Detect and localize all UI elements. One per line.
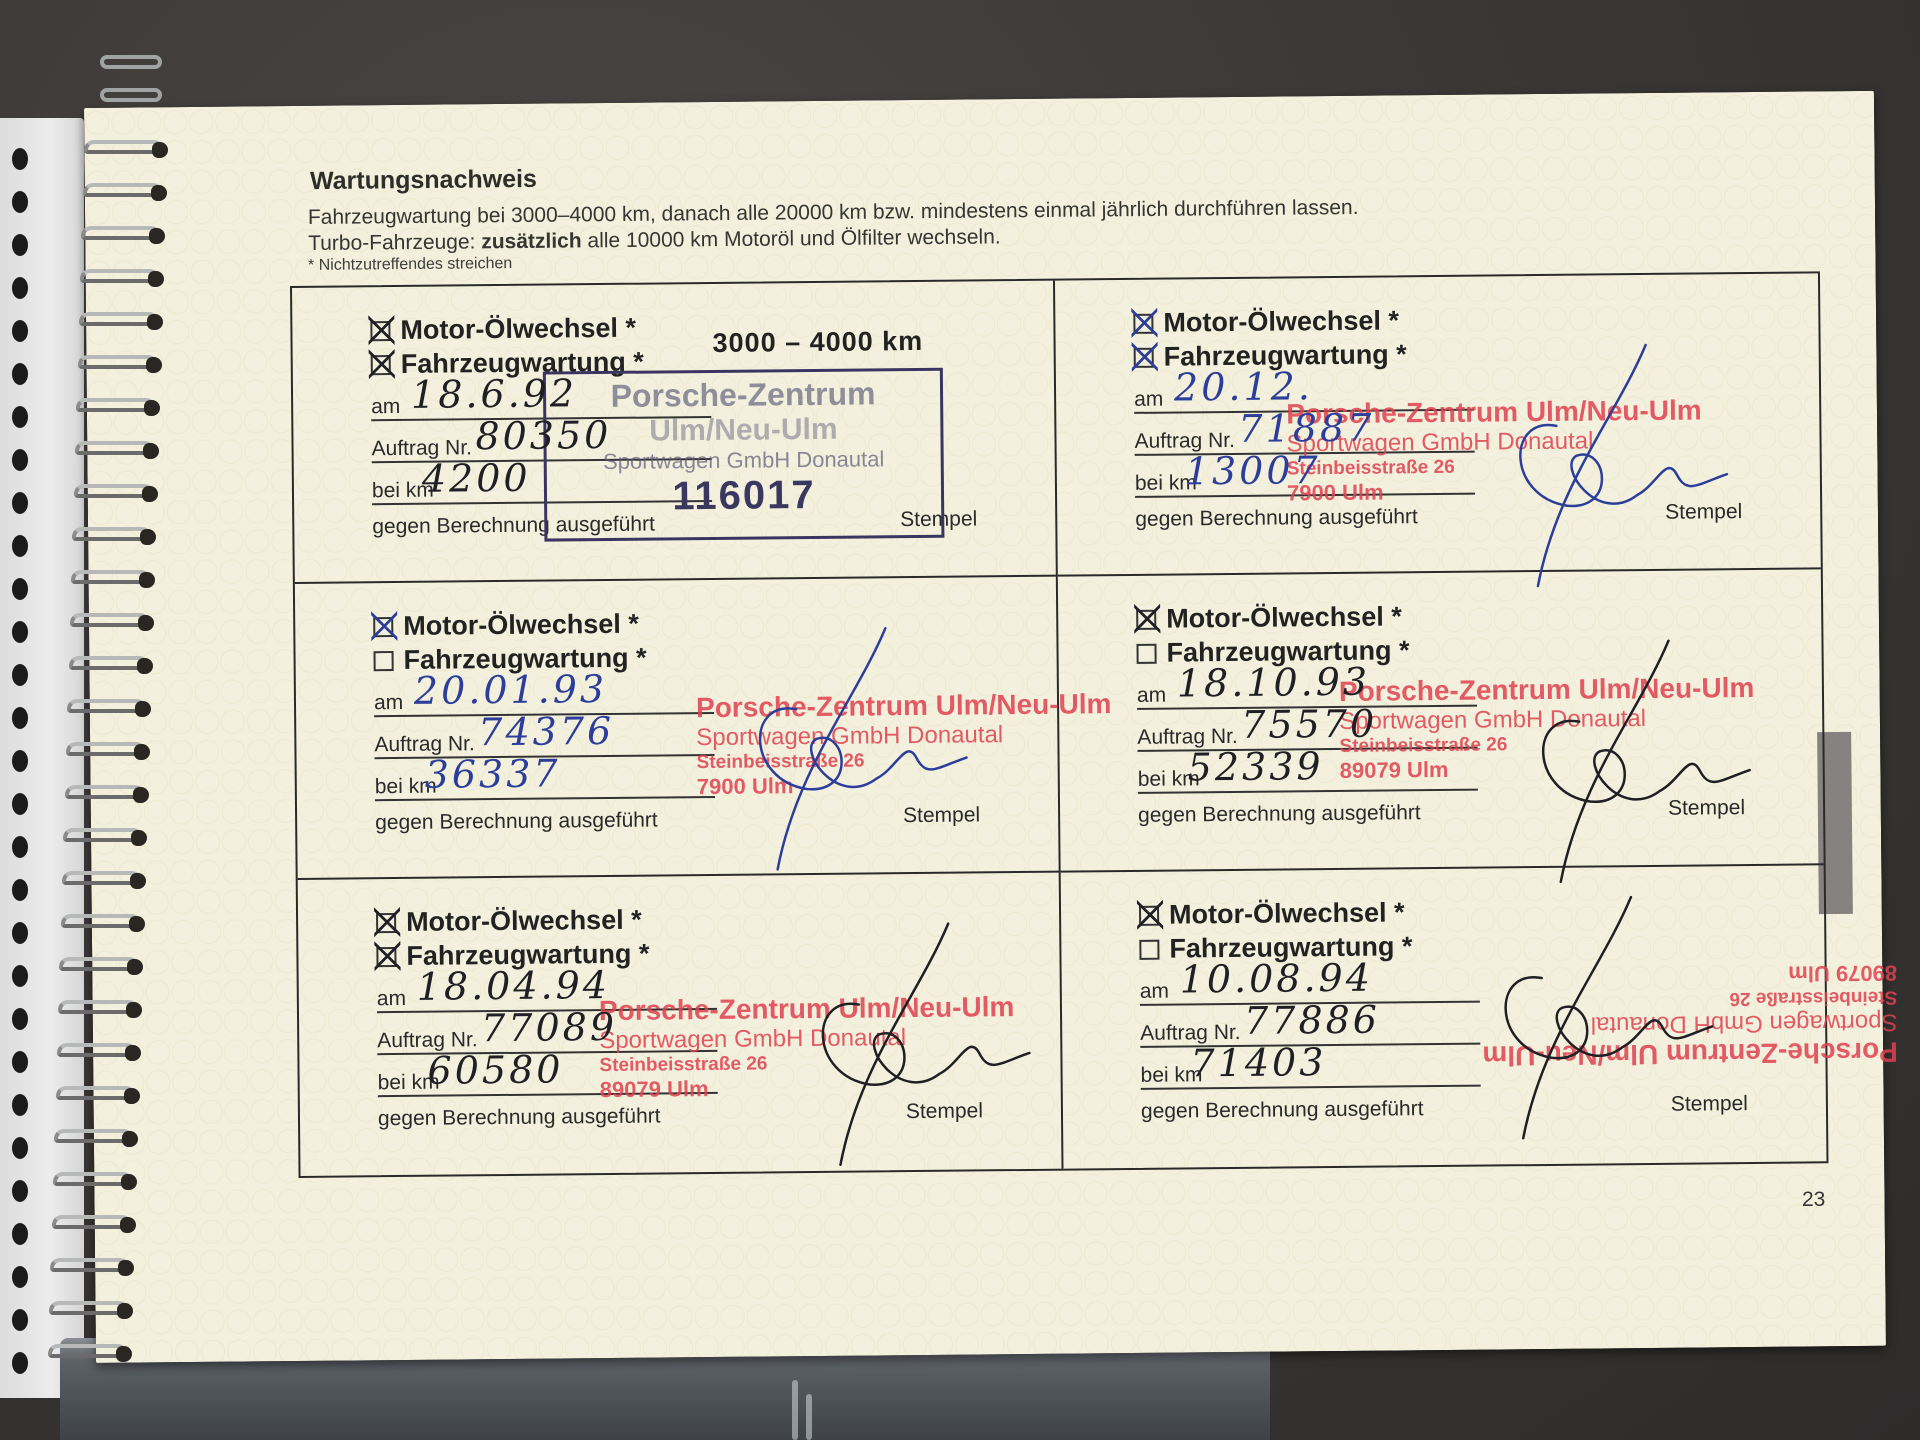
spiral-ring: [84, 140, 176, 160]
oil-change-row: Motor-Ölwechsel *: [370, 313, 636, 347]
stamp-line-2: Sportwagen GmbH Donautal: [696, 720, 1112, 752]
service-entry: Motor-Ölwechsel * Fahrzeugwartung * am A…: [295, 577, 1061, 880]
stamp-line-1: Porsche-Zentrum Ulm/Neu-Ulm: [1339, 672, 1755, 708]
spiral-ring: [69, 656, 161, 676]
date-label: am: [1140, 980, 1169, 1004]
handwritten-date: 18.6.92: [411, 371, 577, 417]
spiral-ring: [59, 957, 151, 977]
handwritten-order-number: 77089: [481, 1005, 617, 1050]
spiral-ring: [56, 1086, 148, 1106]
service-entries-grid: Motor-Ölwechsel * Fahrzeugwartung * am A…: [290, 271, 1828, 1178]
stamp-label: Stempel: [1668, 796, 1745, 821]
vehicle-service-checkbox[interactable]: [1139, 939, 1159, 959]
charged-label: gegen Berechnung ausgeführt: [1135, 505, 1418, 532]
oil-change-label: Motor-Ölwechsel *: [403, 609, 639, 642]
binding-hole: [12, 148, 28, 170]
cover-glare: [806, 1394, 812, 1440]
handwritten-date: 20.12.: [1174, 364, 1313, 409]
binding-hole: [12, 191, 28, 213]
binding-hole: [12, 1008, 28, 1030]
vehicle-service-checkbox[interactable]: [371, 355, 391, 375]
stamp-label: Stempel: [1671, 1092, 1748, 1117]
binding-hole: [12, 1180, 28, 1202]
binding-hole: [12, 707, 28, 729]
binding-hole: [12, 1266, 28, 1288]
spiral-ring: [58, 1000, 150, 1020]
binding-hole: [12, 363, 28, 385]
oil-change-checkbox[interactable]: [1139, 905, 1159, 925]
vehicle-service-checkbox[interactable]: [376, 947, 396, 967]
stamp-line-2: Sportwagen GmbH Donautal: [1482, 1008, 1898, 1040]
page-title: Wartungsnachweis: [310, 165, 537, 196]
spiral-ring: [57, 1043, 149, 1063]
spiral-ring: [71, 570, 163, 590]
spiral-ring: [100, 88, 162, 102]
footnote: * Nichtzutreffendes streichen: [308, 255, 512, 275]
spiral-ring: [48, 1344, 140, 1364]
oil-change-checkbox[interactable]: [1133, 313, 1153, 333]
service-entry: Motor-Ölwechsel * Fahrzeugwartung * am A…: [1058, 569, 1824, 872]
binding-hole: [12, 406, 28, 428]
spiral-ring: [79, 312, 171, 332]
stamp-line-4: 7900 Ulm: [1287, 476, 1703, 505]
spiral-ring: [67, 699, 159, 719]
binding-hole: [12, 578, 28, 600]
spiral-ring: [50, 1258, 142, 1278]
stamp-line-1: Porsche-Zentrum: [546, 375, 940, 416]
stamp-label: Stempel: [903, 803, 980, 828]
handwritten-mileage: 36337: [424, 751, 560, 796]
dealer-stamp: Porsche-Zentrum Ulm/Neu-Ulm Sportwagen G…: [1339, 672, 1755, 783]
handwritten-date: 18.04.94: [417, 963, 611, 1009]
spiral-ring: [49, 1301, 141, 1321]
handwritten-mileage: 52339: [1187, 744, 1323, 789]
oil-change-row: Motor-Ölwechsel *: [1133, 305, 1399, 339]
intro-text: Fahrzeugwartung bei 3000–4000 km, danach…: [308, 195, 1359, 257]
stamp-line-3: Steinbeisstraße 26: [1482, 986, 1898, 1012]
oil-change-label: Motor-Ölwechsel *: [400, 313, 636, 346]
stamp-line-4: 116017: [547, 472, 941, 521]
date-label: am: [374, 691, 403, 715]
binding-hole: [12, 1309, 28, 1331]
spiral-ring: [78, 355, 170, 375]
vehicle-service-checkbox[interactable]: [374, 651, 394, 671]
spiral-ring: [81, 226, 173, 246]
binding-hole: [12, 621, 28, 643]
service-entry: Motor-Ölwechsel * Fahrzeugwartung * am A…: [292, 281, 1058, 584]
oil-change-checkbox[interactable]: [373, 617, 393, 637]
binding-hole: [12, 664, 28, 686]
binding-hole: [12, 234, 28, 256]
oil-change-label: Motor-Ölwechsel *: [1169, 897, 1405, 930]
handwritten-order-number: 80350: [475, 413, 611, 458]
handwritten-date: 18.10.93: [1177, 660, 1371, 706]
spiral-ring: [61, 914, 153, 934]
spiral-ring: [65, 785, 157, 805]
oil-change-label: Motor-Ölwechsel *: [406, 905, 642, 938]
stamp-line-4: 89079 Ulm: [1482, 961, 1898, 990]
vehicle-service-checkbox[interactable]: [1136, 643, 1156, 663]
binding-hole: [12, 492, 28, 514]
date-label: am: [1137, 684, 1166, 708]
handwritten-mileage: 60580: [427, 1047, 563, 1092]
page-number: 23: [1802, 1188, 1825, 1212]
charged-label: gegen Berechnung ausgeführt: [1141, 1097, 1424, 1124]
binding-hole: [12, 965, 28, 987]
binding-hole: [12, 449, 28, 471]
charged-label: gegen Berechnung ausgeführt: [378, 1104, 661, 1131]
spiral-ring: [74, 484, 166, 504]
spiral-ring: [83, 183, 175, 203]
stamp-line-4: 89079 Ulm: [1340, 754, 1756, 783]
first-service-range: 3000 – 4000 km: [712, 326, 923, 359]
spiral-ring: [62, 871, 154, 891]
binding-hole: [12, 1223, 28, 1245]
service-entry: Motor-Ölwechsel * Fahrzeugwartung * am A…: [1055, 273, 1821, 576]
stamp-line-2: Sportwagen GmbH Donautal: [599, 1023, 1015, 1055]
handwritten-mileage: 13007: [1185, 448, 1321, 493]
handwritten-order-number: 75570: [1241, 702, 1377, 747]
spiral-ring: [66, 742, 158, 762]
spiral-ring: [53, 1172, 145, 1192]
spiral-ring: [52, 1215, 144, 1235]
oil-change-checkbox[interactable]: [1136, 609, 1156, 629]
dealer-stamp: Porsche-Zentrum Ulm/Neu-Ulm Sportwagen G…: [696, 688, 1112, 799]
binding-hole: [12, 1137, 28, 1159]
binding-hole: [12, 535, 28, 557]
spiral-ring: [70, 613, 162, 633]
oil-change-checkbox[interactable]: [370, 321, 390, 341]
service-entry: Motor-Ölwechsel * Fahrzeugwartung * am A…: [298, 873, 1064, 1176]
stamp-line-2: Sportwagen GmbH Donautal: [1339, 704, 1755, 736]
date-label: am: [377, 987, 406, 1011]
vehicle-service-checkbox[interactable]: [1134, 347, 1154, 367]
binding-hole: [12, 1051, 28, 1073]
handwritten-date: 20.01.93: [414, 667, 608, 713]
stamp-line-4: 89079 Ulm: [600, 1073, 1016, 1102]
charged-label: gegen Berechnung ausgeführt: [375, 808, 658, 835]
service-entry: Motor-Ölwechsel * Fahrzeugwartung * am A…: [1061, 865, 1827, 1168]
spiral-ring: [54, 1129, 146, 1149]
spiral-ring: [75, 441, 167, 461]
cover-glare: [792, 1380, 798, 1440]
stamp-line-4: 7900 Ulm: [697, 770, 1113, 799]
binding-hole: [12, 879, 28, 901]
dealer-stamp: Porsche-Zentrum Ulm/Neu-Ulm Sportwagen G…: [599, 991, 1015, 1102]
handwritten-order-number: 71887: [1238, 406, 1374, 451]
binding-hole: [12, 1352, 28, 1374]
oil-change-row: Motor-Ölwechsel *: [376, 905, 642, 939]
handwritten-mileage: 71403: [1190, 1040, 1326, 1085]
binding-hole: [12, 277, 28, 299]
charged-label: gegen Berechnung ausgeführt: [1138, 801, 1421, 828]
stamp-line-1: Porsche-Zentrum Ulm/Neu-Ulm: [696, 688, 1112, 724]
binding-hole: [12, 750, 28, 772]
binding-hole: [12, 922, 28, 944]
binding-hole: [12, 1094, 28, 1116]
spiral-ring: [76, 398, 168, 418]
handwritten-order-number: 74376: [478, 709, 614, 754]
binding-hole: [12, 793, 28, 815]
binding-hole: [12, 836, 28, 858]
binding-hole: [12, 320, 28, 342]
stamp-label: Stempel: [1665, 500, 1742, 525]
spiral-ring: [80, 269, 172, 289]
handwritten-order-number: 77886: [1244, 998, 1380, 1043]
stamp-line-1: Porsche-Zentrum Ulm/Neu-Ulm: [1482, 1035, 1898, 1071]
handwritten-mileage: 4200: [422, 456, 531, 501]
stamp-label: Stempel: [906, 1099, 983, 1124]
spiral-ring: [63, 828, 155, 848]
date-label: am: [1134, 388, 1163, 412]
spiral-ring: [72, 527, 164, 547]
spiral-ring: [100, 55, 162, 69]
handwritten-date: 10.08.94: [1179, 956, 1373, 1002]
oil-change-row: Motor-Ölwechsel *: [373, 609, 639, 643]
oil-change-row: Motor-Ölwechsel *: [1136, 601, 1402, 635]
oil-change-label: Motor-Ölwechsel *: [1163, 305, 1399, 338]
dealer-stamp: Porsche-Zentrum Ulm/Neu-Ulm Sportwagen G…: [1482, 961, 1898, 1072]
oil-change-label: Motor-Ölwechsel *: [1166, 601, 1402, 634]
stamp-line-1: Porsche-Zentrum Ulm/Neu-Ulm: [599, 991, 1015, 1027]
oil-change-checkbox[interactable]: [376, 913, 396, 933]
date-label: am: [371, 395, 400, 419]
oil-change-row: Motor-Ölwechsel *: [1139, 897, 1405, 931]
